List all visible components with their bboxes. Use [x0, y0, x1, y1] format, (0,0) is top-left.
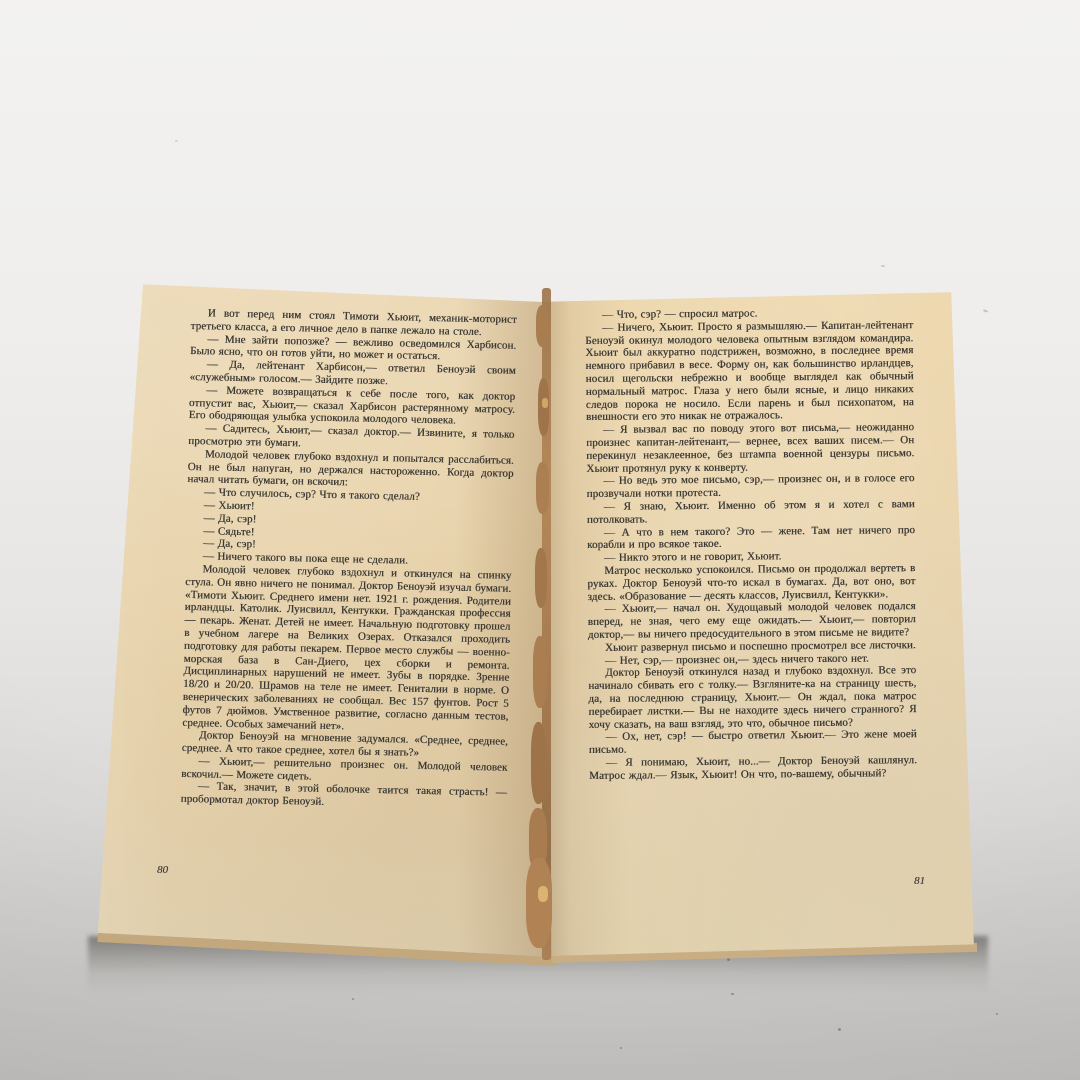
spine-damage [526, 858, 552, 948]
paragraph: Матрос несколько успокоился. Письмо он п… [587, 562, 915, 603]
photo-background: И вот перед ним стоял Тимоти Хьюит, меха… [0, 0, 1080, 1080]
spine-damage [538, 886, 548, 902]
spine-damage [535, 548, 547, 608]
left-page-text: И вот перед ним стоял Тимоти Хьюит, меха… [181, 307, 517, 813]
spine-damage [542, 398, 548, 408]
page-number-left: 80 [157, 864, 168, 876]
right-page-text: — Что, сэр? — спросил матрос.— Ничего, Х… [585, 306, 917, 782]
spine-damage [533, 636, 547, 708]
dust-speck [838, 1028, 841, 1031]
dust-speck [620, 1047, 622, 1049]
page-number-right: 81 [914, 875, 925, 887]
dust-speck [352, 998, 354, 1000]
spine-damage [536, 305, 549, 347]
dust-speck [996, 1013, 998, 1015]
paragraph: — Хьюит,— начал он. Худощавый молодой че… [588, 600, 916, 641]
surface-scratch [175, 140, 178, 142]
paragraph: — Я знаю, Хьюит. Именно об этом я и хоте… [587, 498, 915, 526]
spine-damage [531, 722, 546, 804]
paragraph: — Я вызвал вас по поводу этого вот письм… [586, 421, 914, 475]
paragraph: — Я понимаю, Хьюит, но...— Доктор Беноуэ… [589, 754, 917, 782]
surface-scratch [881, 265, 885, 267]
paragraph: — Но ведь это мое письмо, сэр,— произнес… [586, 472, 914, 500]
paragraph: — А что в нем такого? Это — жене. Там не… [587, 524, 915, 552]
spine-damage [536, 462, 549, 514]
paragraph: Молодой человек глубоко вздохнул и откин… [182, 563, 511, 736]
paragraph: — Ничего, Хьюит. Просто я размышляю.— Ка… [585, 319, 914, 424]
left-page: И вот перед ним стоял Тимоти Хьюит, меха… [85, 278, 560, 968]
paragraph: — Так, значит, в этой оболочке таится та… [181, 780, 507, 812]
paragraph: — Ох, нет, сэр! — быстро ответил Хьюит.—… [589, 728, 917, 756]
right-page: — Что, сэр? — спросил матрос.— Ничего, Х… [540, 282, 985, 962]
paragraph: Доктор Беноуэй откинулся назад и глубоко… [588, 664, 917, 731]
